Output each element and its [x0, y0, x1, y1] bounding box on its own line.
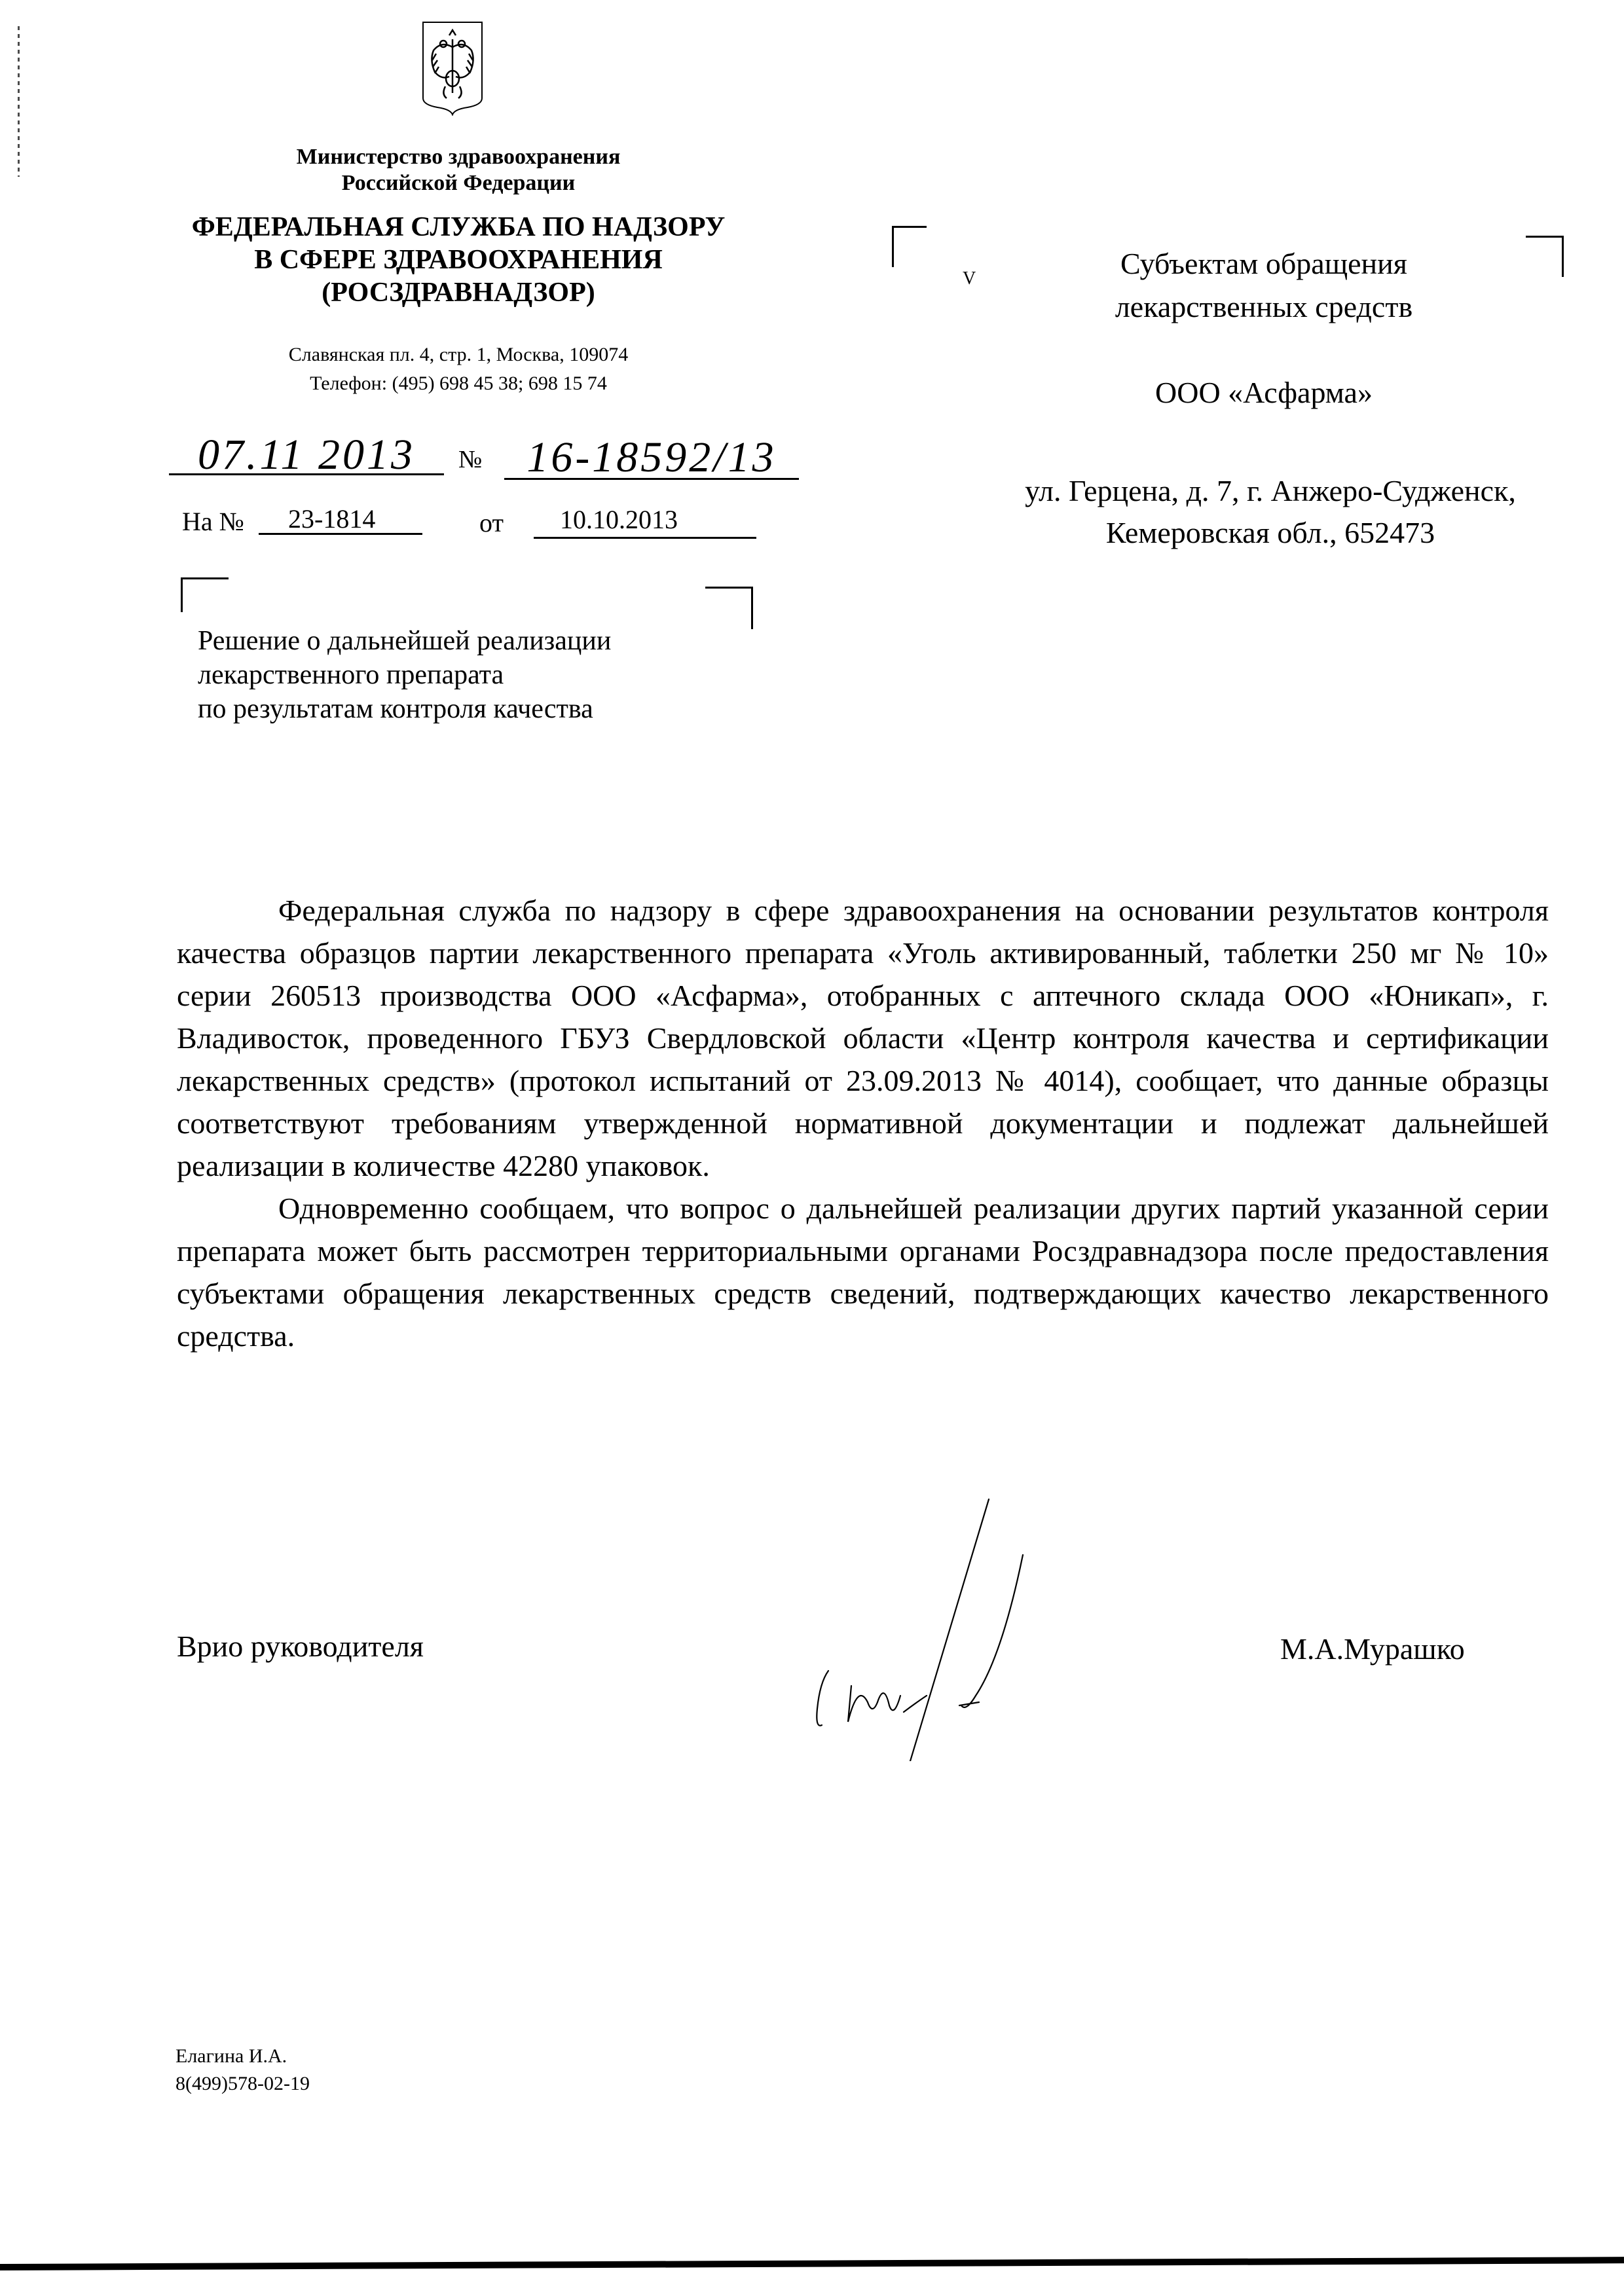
- recipient-line: Субъектам обращения: [969, 242, 1559, 285]
- body-paragraph: Одновременно сообщаем, что вопрос о даль…: [177, 1187, 1549, 1357]
- ministry-line: Российской Федерации: [196, 170, 720, 196]
- sender-phone: Телефон: (495) 698 45 38; 698 15 74: [196, 369, 720, 398]
- signatory-title: Врио руководителя: [177, 1629, 424, 1664]
- scan-artifact-bottom: [0, 2257, 1624, 2270]
- subject-line: лекарственного препарата: [198, 658, 761, 692]
- subject-line: по результатам контроля качества: [198, 692, 761, 726]
- body-paragraph: Федеральная служба по надзору в сфере зд…: [177, 889, 1549, 1187]
- reply-from-date: 10.10.2013: [534, 501, 756, 539]
- recipient-address-line: ул. Герцена, д. 7, г. Анжеро-Судженск,: [936, 470, 1604, 512]
- service-line: В СФЕРЕ ЗДРАВООХРАНЕНИЯ: [131, 244, 786, 276]
- recipient-organization: ООО «Асфарма»: [969, 375, 1559, 410]
- recipient-corner-left: [892, 226, 927, 267]
- letter-body: Федеральная служба по надзору в сфере зд…: [177, 889, 1549, 1357]
- service-line: (РОСЗДРАВНАДЗОР): [131, 276, 786, 309]
- registration-number-label: №: [458, 445, 482, 474]
- recipient-category: Субъектам обращения лекарственных средст…: [969, 242, 1559, 329]
- coat-of-arms-icon: [422, 21, 483, 116]
- reply-to-label: На №: [182, 506, 244, 537]
- executor-info: Елагина И.А. 8(499)578-02-19: [175, 2043, 310, 2098]
- ministry-name: Министерство здравоохранения Российской …: [196, 144, 720, 196]
- executor-name: Елагина И.А.: [175, 2043, 310, 2070]
- subject: Решение о дальнейшей реализации лекарств…: [198, 624, 761, 726]
- recipient-address-line: Кемеровская обл., 652473: [936, 512, 1604, 554]
- recipient-line: лекарственных средств: [969, 285, 1559, 329]
- service-name: ФЕДЕРАЛЬНАЯ СЛУЖБА ПО НАДЗОРУ В СФЕРЕ ЗД…: [131, 211, 786, 309]
- subject-corner-left: [181, 577, 229, 612]
- recipient-address: ул. Герцена, д. 7, г. Анжеро-Судженск, К…: [936, 470, 1604, 554]
- subject-corner-right: [705, 587, 753, 629]
- service-line: ФЕДЕРАЛЬНАЯ СЛУЖБА ПО НАДЗОРУ: [131, 211, 786, 244]
- executor-phone: 8(499)578-02-19: [175, 2070, 310, 2098]
- registration-number: 16-18592/13: [504, 437, 799, 480]
- sender-address: Славянская пл. 4, стр. 1, Москва, 109074…: [196, 340, 720, 398]
- signature-icon: [812, 1486, 1126, 1761]
- reply-from-label: от: [479, 507, 504, 538]
- ministry-line: Министерство здравоохранения: [196, 144, 720, 170]
- signatory-name: М.А.Мурашко: [1280, 1631, 1465, 1666]
- sender-street: Славянская пл. 4, стр. 1, Москва, 109074: [196, 340, 720, 369]
- scan-artifact-left: [18, 26, 20, 177]
- subject-line: Решение о дальнейшей реализации: [198, 624, 761, 658]
- registration-date: 07.11 2013: [169, 435, 444, 475]
- reply-to-number: 23-1814: [259, 501, 422, 535]
